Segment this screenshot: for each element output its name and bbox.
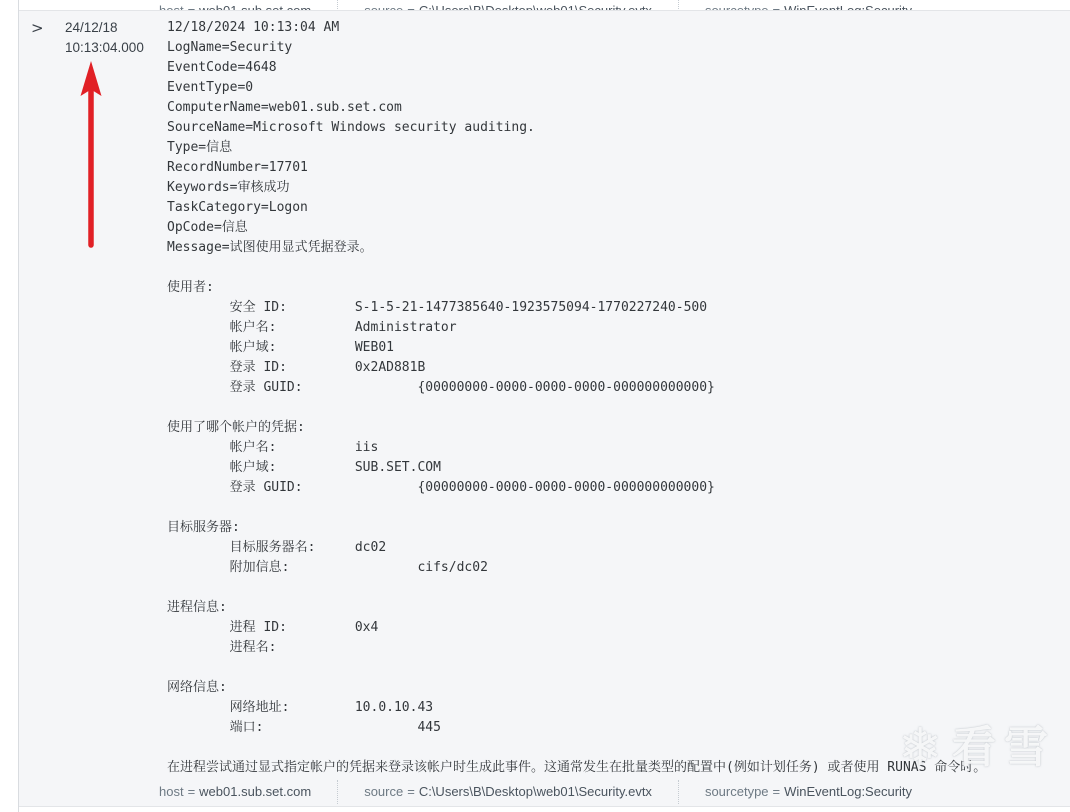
source-field-value[interactable]: C:\Users\B\Desktop\web01\Security.evtx: [419, 784, 652, 799]
host-field-value[interactable]: web01.sub.set.com: [199, 3, 311, 10]
red-arrow-annotation: [76, 60, 106, 252]
event-timestamp[interactable]: 24/12/18 10:13:04.000: [65, 18, 144, 58]
host-field[interactable]: host=web01.sub.set.com: [159, 780, 337, 804]
source-field-label[interactable]: source: [364, 784, 403, 799]
host-field-label[interactable]: host: [159, 3, 184, 10]
event-raw-text: 12/18/2024 10:13:04 AM LogName=Security …: [167, 18, 986, 778]
prev-source-field[interactable]: source=C:\Users\B\Desktop\web01\Security…: [337, 0, 678, 10]
equals-sign: =: [769, 3, 785, 10]
source-field[interactable]: source=C:\Users\B\Desktop\web01\Security…: [337, 780, 678, 804]
event-row: > 24/12/18 10:13:04.000 12/18/2024 10:13…: [19, 11, 1070, 807]
event-date: 24/12/18: [65, 18, 144, 38]
event-fields-row: host=web01.sub.set.com source=C:\Users\B…: [159, 780, 938, 804]
prev-host-field[interactable]: host=web01.sub.set.com: [159, 0, 337, 10]
expand-event-icon[interactable]: >: [31, 19, 44, 37]
sourcetype-field-label[interactable]: sourcetype: [705, 3, 769, 10]
host-field-label[interactable]: host: [159, 784, 184, 799]
equals-sign: =: [403, 784, 419, 799]
equals-sign: =: [403, 3, 419, 10]
event-time: 10:13:04.000: [65, 38, 144, 58]
sourcetype-field[interactable]: sourcetype=WinEventLog:Security: [678, 780, 938, 804]
sourcetype-field-label[interactable]: sourcetype: [705, 784, 769, 799]
equals-sign: =: [769, 784, 785, 799]
source-field-value[interactable]: C:\Users\B\Desktop\web01\Security.evtx: [419, 3, 652, 10]
source-field-label[interactable]: source: [364, 3, 403, 10]
prev-sourcetype-field[interactable]: sourcetype=WinEventLog:Security: [678, 0, 938, 10]
sourcetype-field-value[interactable]: WinEventLog:Security: [784, 3, 912, 10]
event-log-viewer: host=web01.sub.set.com source=C:\Users\B…: [0, 0, 1070, 812]
previous-event-fields-row: host=web01.sub.set.com source=C:\Users\B…: [19, 0, 1070, 10]
previous-event-fields: host=web01.sub.set.com source=C:\Users\B…: [159, 0, 938, 10]
host-field-value[interactable]: web01.sub.set.com: [199, 784, 311, 799]
equals-sign: =: [184, 784, 200, 799]
equals-sign: =: [184, 3, 200, 10]
sourcetype-field-value[interactable]: WinEventLog:Security: [784, 784, 912, 799]
